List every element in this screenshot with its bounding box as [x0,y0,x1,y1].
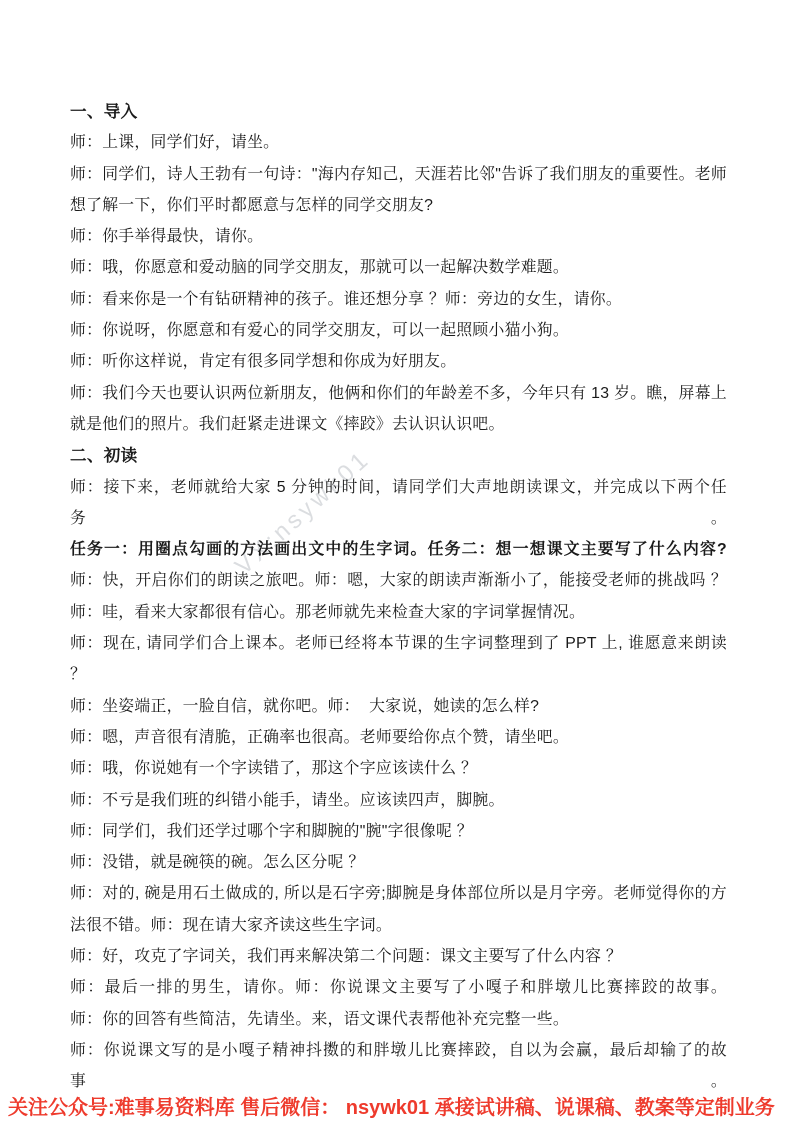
transcript-line: 师：同学们，我们还学过哪个字和脚腕的"腕"字很像呢 ？ [70,816,727,847]
transcript-line: 师：对的, 碗是用石土做成的, 所以是石字旁;脚腕是身体部位所以是月字旁。老师觉… [70,878,727,909]
transcript-line: 师：看来你是一个有钻研精神的孩子。谁还想分享 ？师：旁边的女生，请你。 [70,284,727,315]
transcript-line: 师：接下来，老师就给大家 5 分钟的时间，请同学们大声地朗读课文，并完成以下两个… [70,472,727,535]
transcript-line: 师：你说呀，你愿意和有爱心的同学交朋友，可以一起照顾小猫小狗。 [70,315,727,346]
transcript-line: 师：上课，同学们好，请坐。 [70,127,727,158]
transcript: 一、导入师：上课，同学们好，请坐。师：同学们，诗人王勃有一句诗："海内存知己，天… [70,96,727,1098]
transcript-line: 法很不错。师：现在请大家齐读这些生字词。 [70,910,727,941]
transcript-line: 师：最后一排的男生，请你。师：你说课文主要写了小嘎子和胖墩儿比赛摔跤的故事。 [70,972,727,1003]
transcript-line: 师：同学们，诗人王勃有一句诗："海内存知己，天涯若比邻"告诉了我们朋友的重要性。… [70,159,727,190]
transcript-line: 师：不亏是我们班的纠错小能手，请坐。应该读四声，脚腕。 [70,785,727,816]
transcript-line: 任务一：用圈点勾画的方法画出文中的生字词。任务二：想一想课文主要写了什么内容? [70,534,727,565]
document-page: VX:nsywk01 一、导入师：上课，同学们好，请坐。师：同学们，诗人王勃有一… [0,0,793,1122]
footer-text: 关注公众号:难事易资料库 售后微信： nsywk01 承接试讲稿、说课稿、教案等… [8,1097,775,1119]
transcript-line: 师：现在, 请同学们合上课本。老师已经将本节课的生字词整理到了 PPT 上, 谁… [70,628,727,691]
transcript-line: 师：听你这样说，肯定有很多同学想和你成为好朋友。 [70,346,727,377]
transcript-line: 师：你手举得最快，请你。 [70,221,727,252]
transcript-line: 师：你的回答有些简洁，先请坐。来，语文课代表帮他补充完整一些。 [70,1004,727,1035]
transcript-line: 师：没错，就是碗筷的碗。怎么区分呢 ？ [70,847,727,878]
section-heading: 一、导入 [70,96,727,127]
transcript-line: 师：坐姿端正，一脸自信，就你吧。师： 大家说，她读的怎么样? [70,691,727,722]
transcript-line: 想了解一下，你们平时都愿意与怎样的同学交朋友? [70,190,727,221]
transcript-line: 师：我们今天也要认识两位新朋友，他俩和你们的年龄差不多，今年只有 13 岁。瞧，… [70,378,727,409]
transcript-line: 师：你说课文写的是小嘎子精神抖擞的和胖墩儿比赛摔跤，自以为会赢，最后却输了的故事… [70,1035,727,1098]
transcript-line: 师：哇，看来大家都很有信心。那老师就先来检查大家的字词掌握情况。 [70,597,727,628]
transcript-line: 就是他们的照片。我们赶紧走进课文《摔跤》去认识认识吧。 [70,409,727,440]
transcript-line: 师：哦，你愿意和爱动脑的同学交朋友，那就可以一起解决数学难题。 [70,252,727,283]
promo-footer: 关注公众号:难事易资料库 售后微信： nsywk01 承接试讲稿、说课稿、教案等… [8,1096,785,1120]
transcript-line: 师：好，攻克了字词关，我们再来解决第二个问题：课文主要写了什么内容 ？ [70,941,727,972]
transcript-line: 师：快，开启你们的朗读之旅吧。师：嗯，大家的朗读声渐渐小了，能接受老师的挑战吗 … [70,565,727,596]
transcript-line: 师：嗯，声音很有清脆，正确率也很高。老师要给你点个赞，请坐吧。 [70,722,727,753]
transcript-line: 师：哦，你说她有一个字读错了，那这个字应该读什么 ？ [70,753,727,784]
section-heading: 二、初读 [70,440,727,471]
